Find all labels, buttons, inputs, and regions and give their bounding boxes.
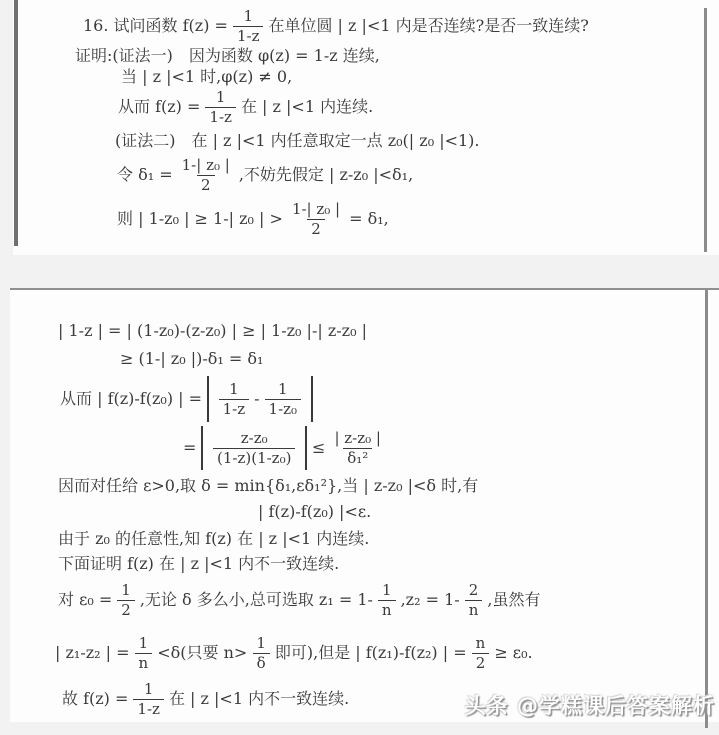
fraction-numerator: 1: [212, 89, 230, 107]
final-conclusion: 故 f(z) = 11-z 在 | z |<1 内不一致连续.: [62, 678, 349, 720]
text-segment: 在单位圆 | z |<1 内是否连续?是否一致连续?: [268, 16, 588, 35]
fraction-denominator: δ₁²: [343, 448, 372, 467]
fraction-denominator: (1-z)(1-z₀): [213, 448, 295, 467]
text-segment: 当 | z |<1 时,φ(z) ≠ 0,: [121, 67, 292, 86]
text-segment: 令 δ₁ =: [117, 165, 173, 184]
text-segment: 从而 f(z) =: [118, 97, 200, 116]
fraction-denominator: 1-z: [133, 699, 164, 718]
abs-1-minus-z-expansion: | 1-z | = | (1-z₀)-(z-z₀) | ≥ | 1-z₀ |-|…: [58, 318, 367, 344]
text-segment: 故 f(z) =: [62, 689, 128, 708]
text-segment: ≥ ε₀.: [494, 643, 532, 662]
fraction-numerator: 1: [378, 582, 396, 600]
fraction: 1n: [135, 635, 153, 671]
abs-bar: [201, 426, 203, 470]
fraction-numerator: 1: [274, 381, 292, 399]
fraction-denominator: 1-z: [233, 26, 264, 45]
fraction: 11-z: [133, 681, 164, 717]
fraction: | z-z₀ |δ₁²: [330, 430, 385, 466]
fraction-denominator: 1-z: [205, 107, 236, 126]
page-edge-left-bar: [14, 0, 18, 246]
text-segment: | 1-z | = | (1-z₀)-(z-z₀) | ≥ | 1-z₀ |-|…: [58, 321, 367, 340]
watermark: 头条 @学糕课后答案解析: [465, 690, 715, 720]
text-segment: = δ₁,: [349, 209, 389, 228]
inequality-z0-line: 则 | 1-z₀ | ≥ 1-| z₀ | > 1-| z₀ |2 = δ₁,: [117, 198, 389, 240]
fraction-numerator: z-z₀: [237, 430, 272, 448]
text-segment: 从而 | f(z)-f(z₀) | =: [60, 389, 202, 408]
fraction: 2n: [465, 582, 483, 618]
fraction-denominator: n: [135, 653, 153, 672]
page-edge-right-bar-top: [704, 8, 707, 252]
abs-bar: [311, 376, 313, 422]
text-segment: 则 | 1-z₀ | ≥ 1-| z₀ | >: [117, 209, 283, 228]
fraction-denominator: n: [465, 600, 483, 619]
text-segment: 对 ε₀ =: [58, 590, 112, 609]
text-segment: =: [183, 438, 196, 457]
text-segment: 即可),但是 | f(z₁)-f(z₂) | =: [275, 643, 467, 662]
fraction-numerator: 1: [140, 681, 158, 699]
f-difference-epsilon: | f(z)-f(z₀) |<ε.: [258, 500, 371, 524]
fraction-numerator: n: [472, 635, 490, 653]
text-segment: 在 | z |<1 内不一致连续.: [169, 689, 349, 708]
fraction-denominator: δ: [253, 653, 270, 672]
text-segment: 因而对任给 ε>0,取 δ = min{δ₁,εδ₁²},当 | z-z₀ |<…: [58, 476, 478, 495]
f-continuous-line: 从而 f(z) = 11-z 在 | z |<1 内连续.: [118, 88, 373, 126]
f-difference-expansion: 从而 | f(z)-f(z₀) | = 11-z - 11-z₀: [60, 374, 318, 424]
epsilon-delta-choice: 因而对任给 ε>0,取 δ = min{δ₁,εδ₁²},当 | z-z₀ |<…: [58, 474, 478, 498]
delta1-definition: 令 δ₁ = 1-| z₀ |2 ,不妨先假定 | z-z₀ |<δ₁,: [117, 154, 413, 196]
text-segment: ,无论 δ 多么小,总可选取 z₁ = 1-: [140, 590, 373, 609]
abs-lower-bound: ≥ (1-| z₀ |)-δ₁ = δ₁: [120, 346, 263, 372]
text-segment: ≤: [312, 438, 325, 457]
text-segment: 下面证明 f(z) 在 | z |<1 内不一致连续.: [58, 554, 339, 573]
problem-statement: 16. 试问函数 f(z) = 11-z 在单位圆 | z |<1 内是否连续?…: [83, 6, 589, 46]
proof-intro-method1: 证明:(证法一) 因为函数 φ(z) = 1-z 连续,: [75, 46, 380, 66]
continuity-conclusion: 由于 z₀ 的任意性,知 f(z) 在 | z |<1 内连续.: [58, 528, 369, 550]
text-segment: 16. 试问函数 f(z) =: [83, 16, 228, 35]
text-segment: <δ(只要 n>: [157, 643, 247, 662]
non-uniform-claim: 下面证明 f(z) 在 | z |<1 内不一致连续.: [58, 553, 339, 575]
text-segment: -: [254, 389, 259, 408]
fraction-numerator: 1: [225, 381, 243, 399]
text-segment: (证法二) 在 | z |<1 内任意取定一点 z₀(| z₀ |<1).: [115, 131, 480, 150]
fraction: 1-| z₀ |2: [178, 157, 234, 193]
f-difference-bound: = z-z₀(1-z)(1-z₀) ≤ | z-z₀ |δ₁²: [183, 424, 390, 472]
fraction: 11-z: [219, 381, 250, 417]
fraction-denominator: 1-z: [219, 399, 250, 418]
fraction: 1δ: [252, 635, 270, 671]
fraction-numerator: 1: [239, 8, 257, 26]
counterexample-inequality: | z₁-z₂ | = 1n <δ(只要 n> 1δ 即可),但是 | f(z₁…: [55, 630, 533, 676]
text-segment: ,不妨先假定 | z-z₀ |<δ₁,: [239, 165, 413, 184]
fraction-numerator: | z-z₀ |: [330, 430, 385, 448]
fraction-numerator: 1: [252, 635, 270, 653]
fraction-numerator: 1: [135, 635, 153, 653]
text-segment: ,z₂ = 1-: [401, 590, 460, 609]
fraction: 11-z: [233, 8, 264, 44]
fraction: z-z₀(1-z)(1-z₀): [213, 430, 295, 466]
page-edge-right-bar-bottom: [705, 290, 708, 728]
abs-bar: [305, 426, 307, 470]
fraction-numerator: 1-| z₀ |: [288, 201, 344, 219]
fraction-denominator: 2: [197, 175, 215, 194]
fraction: n2: [472, 635, 490, 671]
fraction-numerator: 1-| z₀ |: [178, 157, 234, 175]
phi-nonzero-line: 当 | z |<1 时,φ(z) ≠ 0,: [121, 67, 292, 87]
text-segment: ≥ (1-| z₀ |)-δ₁ = δ₁: [120, 349, 263, 368]
scan-page-bottom: | 1-z | = | (1-z₀)-(z-z₀) | ≥ | 1-z₀ |-|…: [10, 288, 719, 722]
text-segment: 证明:(证法一) 因为函数 φ(z) = 1-z 连续,: [75, 46, 380, 65]
text-segment: ,虽然有: [487, 590, 540, 609]
text-segment: | f(z)-f(z₀) |<ε.: [258, 502, 371, 521]
fraction-denominator: n: [378, 600, 396, 619]
fraction-denominator: 1-z₀: [265, 399, 302, 418]
text-segment: | z₁-z₂ | =: [55, 643, 130, 662]
abs-bar: [207, 376, 209, 422]
fraction-numerator: 1: [117, 582, 135, 600]
fraction-denominator: 2: [117, 600, 135, 619]
method2-intro: (证法二) 在 | z |<1 内任意取定一点 z₀(| z₀ |<1).: [115, 130, 480, 152]
fraction-denominator: 2: [472, 653, 490, 672]
fraction: 1n: [378, 582, 396, 618]
scanned-textbook-screenshot: 16. 试问函数 f(z) = 11-z 在单位圆 | z |<1 内是否连续?…: [0, 0, 719, 735]
scan-page-top: 16. 试问函数 f(z) = 11-z 在单位圆 | z |<1 内是否连续?…: [13, 0, 719, 255]
fraction-numerator: 2: [465, 582, 483, 600]
fraction: 11-z: [205, 89, 236, 125]
fraction-denominator: 2: [307, 219, 325, 238]
counterexample-choice: 对 ε₀ = 12 ,无论 δ 多么小,总可选取 z₁ = 1- 1n ,z₂ …: [58, 578, 540, 622]
fraction: 12: [117, 582, 135, 618]
text-segment: 在 | z |<1 内连续.: [241, 97, 373, 116]
text-segment: 由于 z₀ 的任意性,知 f(z) 在 | z |<1 内连续.: [58, 529, 369, 548]
fraction: 1-| z₀ |2: [288, 201, 344, 237]
fraction: 11-z₀: [265, 381, 302, 417]
